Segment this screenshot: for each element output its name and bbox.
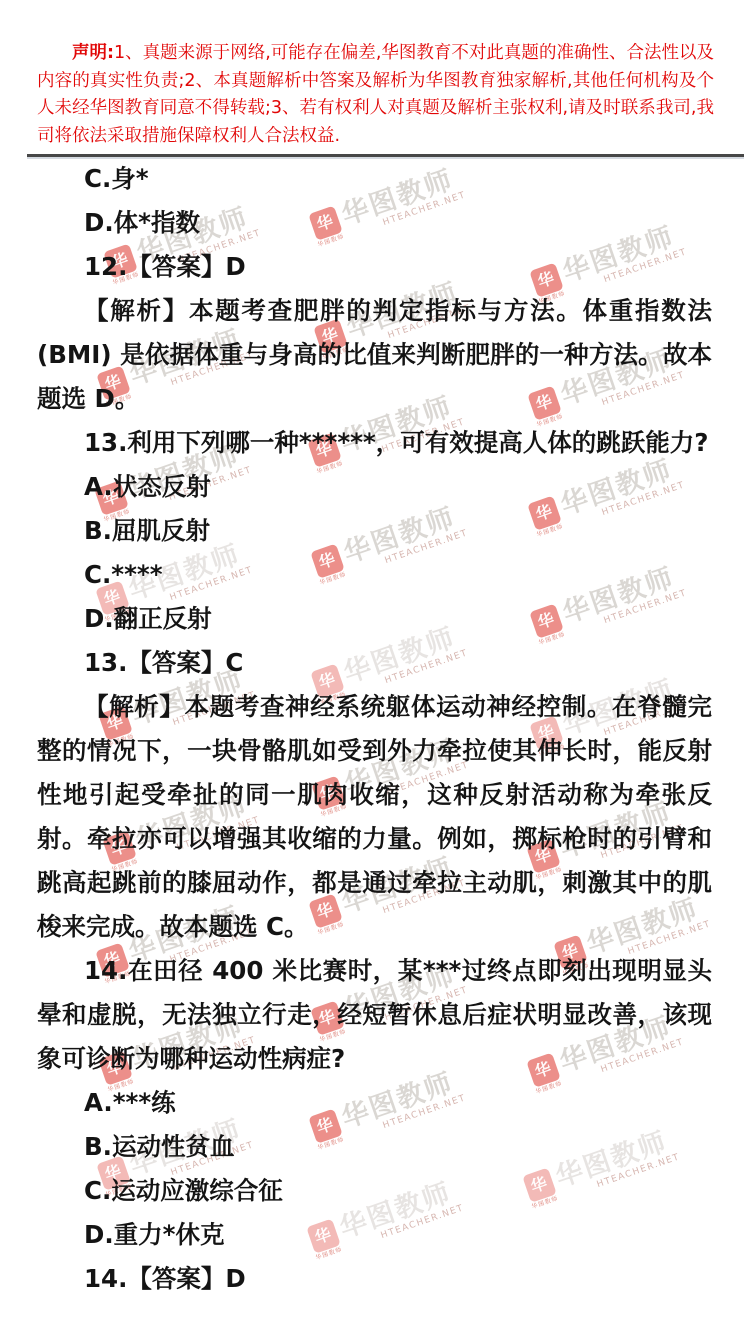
question-paragraph: 14.在田径 400 米比赛时，某***过终点即刻出现明显头晕和虚脱，无法独立行… xyxy=(37,949,712,1081)
document-page: 华华图教师华图教师HTEACHER.NET华华图教师华图教师HTEACHER.N… xyxy=(0,0,748,1335)
analysis-paragraph: 【解析】本题考查神经系统躯体运动神经控制。在脊髓完整的情况下，一块骨骼肌如受到外… xyxy=(37,685,712,949)
analysis-paragraph: 【解析】本题考查肥胖的判定指标与方法。体重指数法 (BMI) 是依据体重与身高的… xyxy=(37,289,712,421)
option-line: B.运动性贫血 xyxy=(37,1125,712,1169)
option-line: D.重力*休克 xyxy=(37,1213,712,1257)
question-paragraph: 13.利用下列哪一种******，可有效提高人体的跳跃能力? xyxy=(37,421,712,465)
option-line: A.***练 xyxy=(37,1081,712,1125)
option-line: A.状态反射 xyxy=(37,465,712,509)
option-line: C.**** xyxy=(37,553,712,597)
disclaimer-text: 1、真题来源于网络,可能存在偏差,华图教育不对此真题的准确性、合法性以及内容的真… xyxy=(37,43,714,146)
option-line: C.身* xyxy=(37,157,712,201)
disclaimer: 声明:1、真题来源于网络,可能存在偏差,华图教育不对此真题的准确性、合法性以及内… xyxy=(37,0,714,150)
option-line: D.体*指数 xyxy=(37,201,712,245)
exam-content: C.身*D.体*指数12.【答案】D【解析】本题考查肥胖的判定指标与方法。体重指… xyxy=(37,157,712,1301)
answer-line: 14.【答案】D xyxy=(37,1257,712,1301)
disclaimer-label: 声明: xyxy=(72,43,114,63)
option-line: B.屈肌反射 xyxy=(37,509,712,553)
option-line: D.翻正反射 xyxy=(37,597,712,641)
answer-line: 12.【答案】D xyxy=(37,245,712,289)
option-line: C.运动应激综合征 xyxy=(37,1169,712,1213)
answer-line: 13.【答案】C xyxy=(37,641,712,685)
